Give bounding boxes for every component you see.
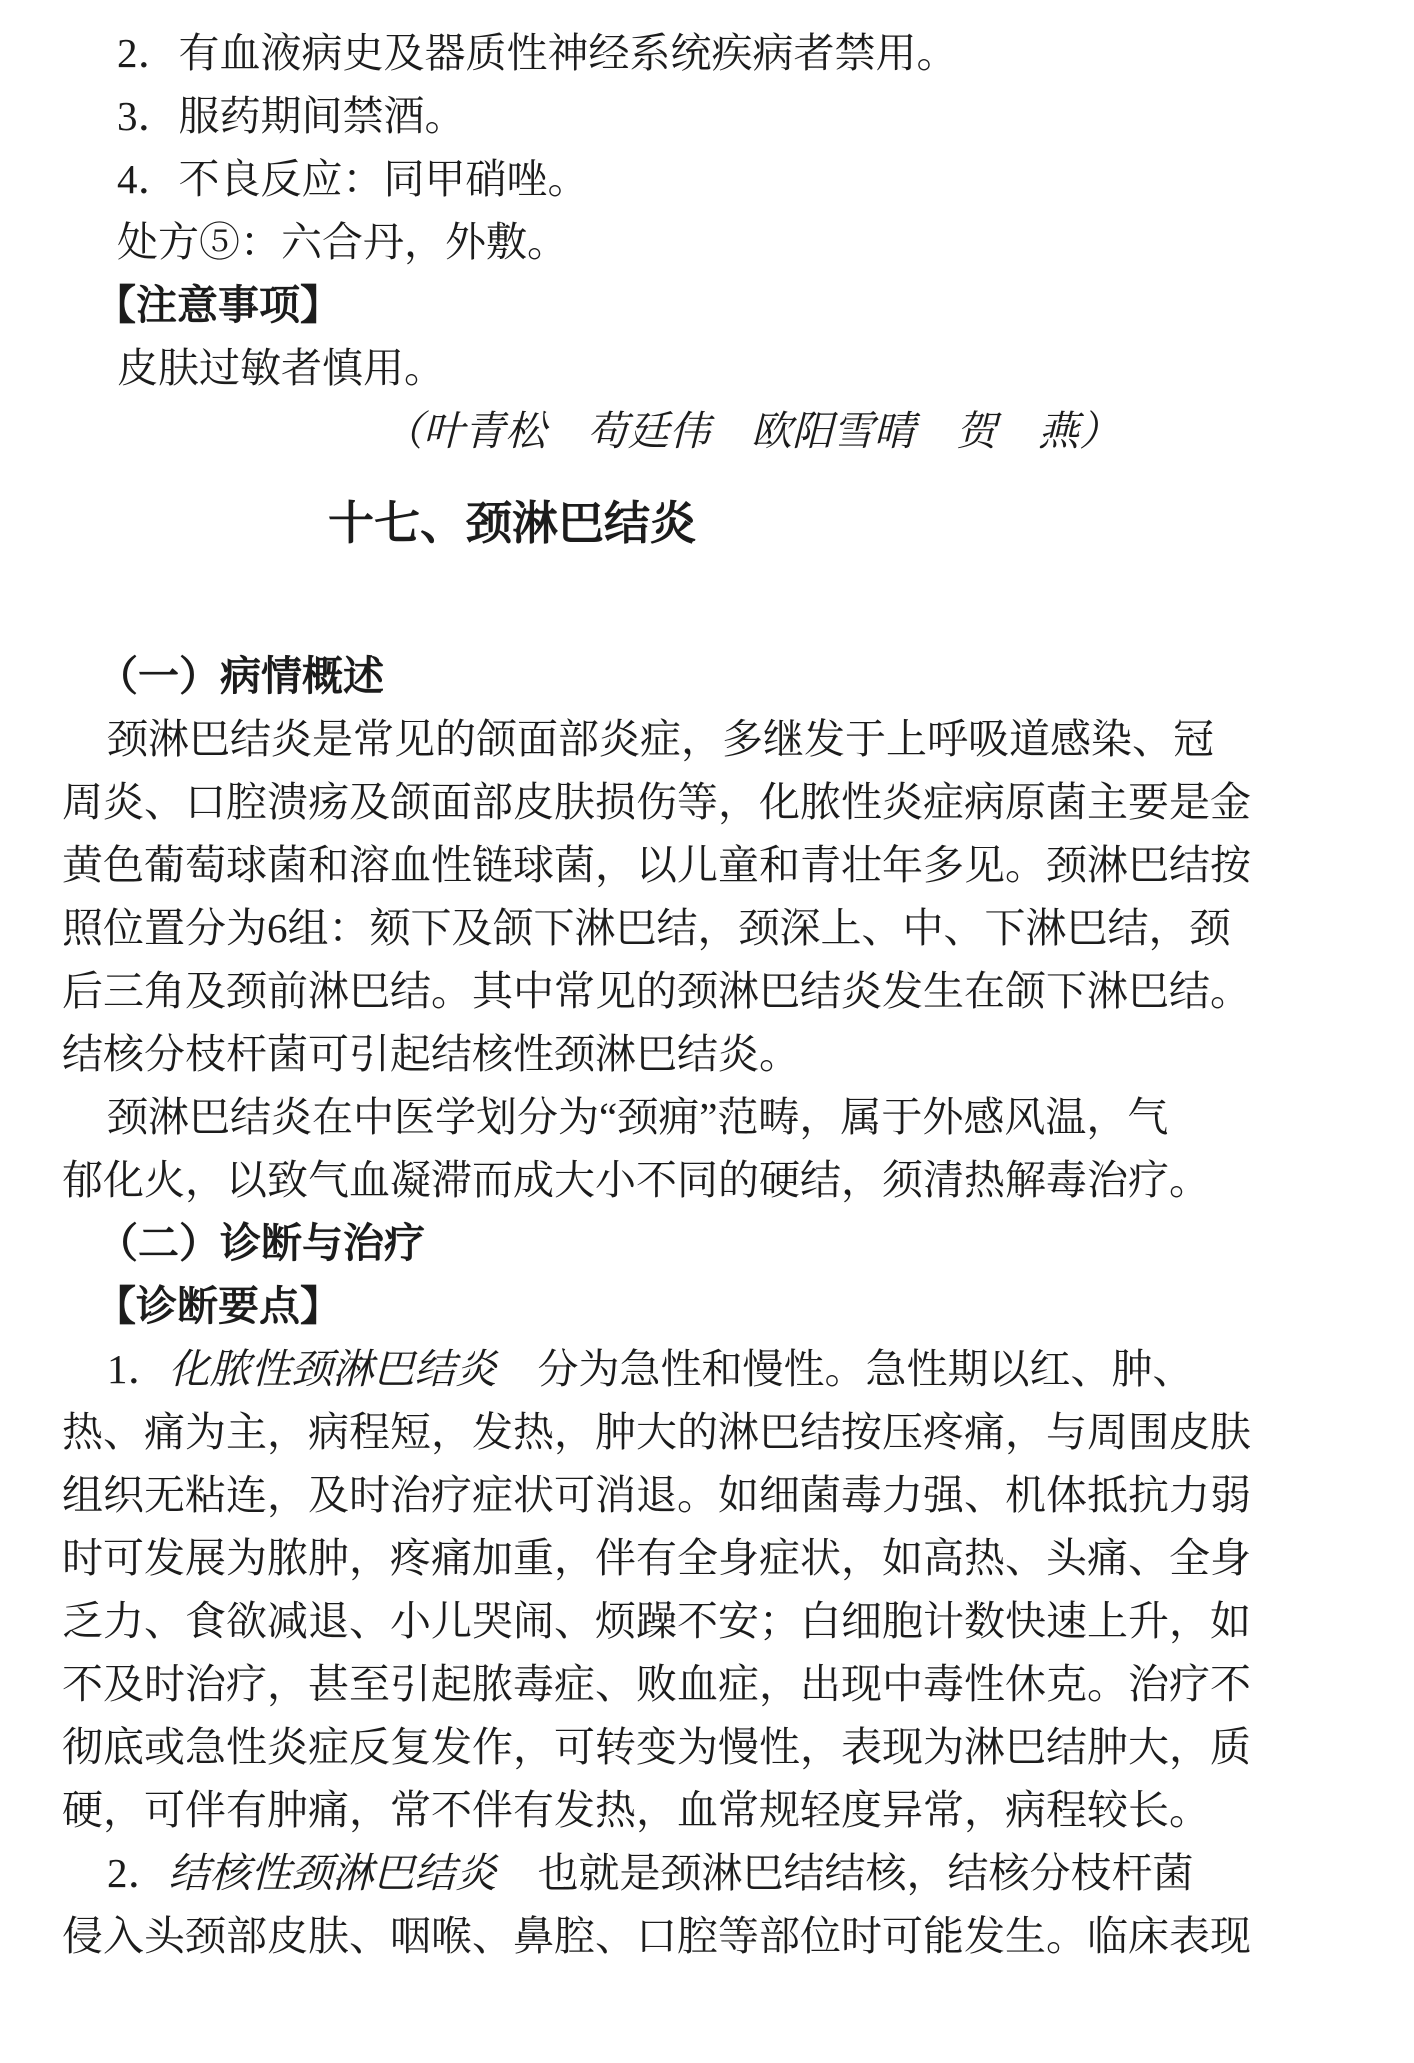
text-segment: 2．有血液病史及器质性神经系统疾病者禁用。 (117, 30, 958, 76)
paragraph-line: 结核分枝杆菌可引起结核性颈淋巴结炎。 (62, 1023, 1248, 1086)
text-segment: 【诊断要点】 (95, 1283, 341, 1329)
paragraph-line: 后三角及颈前淋巴结。其中常见的颈淋巴结炎发生在颌下淋巴结。 (62, 960, 1248, 1023)
text-segment: 乏力、食欲减退、小儿哭闹、烦躁不安；白细胞计数快速上升，如 (62, 1598, 1251, 1644)
list-item-line: 处方⑤：六合丹，外敷。 (62, 211, 1248, 274)
bracket-heading: 【注意事项】 (62, 274, 1248, 337)
text-segment: 硬，可伴有肿痛，常不伴有发热，血常规轻度异常，病程较长。 (62, 1787, 1210, 1833)
list-item-line: 皮肤过敏者慎用。 (62, 337, 1248, 400)
text-segment: 侵入头颈部皮肤、咽喉、鼻腔、口腔等部位时可能发生。临床表现 (62, 1913, 1251, 1959)
text-segment: 周炎、口腔溃疡及颌面部皮肤损伤等，化脓性炎症病原菌主要是金 (62, 779, 1251, 825)
text-segment: 照位置分为6组：颏下及颌下淋巴结，颈深上、中、下淋巴结，颈 (62, 905, 1231, 951)
text-segment: 十七、颈淋巴结炎 (328, 497, 696, 549)
authors-signature: （叶青松 苟廷伟 欧阳雪晴 贺 燕） (62, 400, 1248, 463)
bracket-heading: 【诊断要点】 (62, 1275, 1248, 1338)
text-segment: 时可发展为脓肿，疼痛加重，伴有全身症状，如高热、头痛、全身 (62, 1535, 1251, 1581)
text-segment: 2． (107, 1850, 169, 1896)
text-segment: 颈淋巴结炎在中医学划分为“颈痈”范畴，属于外感风温，气 (107, 1094, 1168, 1140)
list-item-line: 4．不良反应：同甲硝唑。 (62, 148, 1248, 211)
section-heading: （一）病情概述 (62, 645, 1248, 708)
text-segment: 郁化火，以致气血凝滞而成大小不同的硬结，须清热解毒治疗。 (62, 1157, 1210, 1203)
text-segment: 分为急性和慢性。急性期以红、肿、 (497, 1346, 1194, 1392)
paragraph-line: 2．结核性颈淋巴结炎 也就是颈淋巴结结核，结核分枝杆菌 (62, 1842, 1248, 1905)
paragraph-line: 颈淋巴结炎在中医学划分为“颈痈”范畴，属于外感风温，气 (62, 1086, 1248, 1149)
text-segment: 后三角及颈前淋巴结。其中常见的颈淋巴结炎发生在颌下淋巴结。 (62, 968, 1251, 1014)
list-item-line: 2．有血液病史及器质性神经系统疾病者禁用。 (62, 22, 1248, 85)
paragraph-line: 时可发展为脓肿，疼痛加重，伴有全身症状，如高热、头痛、全身 (62, 1527, 1248, 1590)
chapter-title: 十七、颈淋巴结炎 (62, 463, 962, 583)
paragraph-line: 周炎、口腔溃疡及颌面部皮肤损伤等，化脓性炎症病原菌主要是金 (62, 771, 1248, 834)
paragraph-line: 黄色葡萄球菌和溶血性链球菌，以儿童和青壮年多见。颈淋巴结按 (62, 834, 1248, 897)
text-segment: 结核分枝杆菌可引起结核性颈淋巴结炎。 (62, 1031, 800, 1077)
text-segment: 组织无粘连，及时治疗症状可消退。如细菌毒力强、机体抵抗力弱 (62, 1472, 1251, 1518)
text-segment: 4．不良反应：同甲硝唑。 (117, 156, 589, 202)
text-column: 2．有血液病史及器质性神经系统疾病者禁用。3．服药期间禁酒。4．不良反应：同甲硝… (0, 0, 1414, 2063)
paragraph-line: 乏力、食欲减退、小儿哭闹、烦躁不安；白细胞计数快速上升，如 (62, 1590, 1248, 1653)
text-segment: 热、痛为主，病程短，发热，肿大的淋巴结按压疼痛，与周围皮肤 (62, 1409, 1251, 1455)
text-segment: （二）诊断与治疗 (97, 1220, 425, 1266)
paragraph-line: 组织无粘连，及时治疗症状可消退。如细菌毒力强、机体抵抗力弱 (62, 1464, 1248, 1527)
section-heading: （二）诊断与治疗 (62, 1212, 1248, 1275)
text-segment: 皮肤过敏者慎用。 (117, 345, 445, 391)
text-segment: （叶青松 苟廷伟 欧阳雪晴 贺 燕） (382, 408, 1120, 454)
text-segment: 【注意事项】 (95, 282, 341, 328)
paragraph-line: 热、痛为主，病程短，发热，肿大的淋巴结按压疼痛，与周围皮肤 (62, 1401, 1248, 1464)
text-segment: 黄色葡萄球菌和溶血性链球菌，以儿童和青壮年多见。颈淋巴结按 (62, 842, 1251, 888)
paragraph-line: 颈淋巴结炎是常见的颌面部炎症，多继发于上呼吸道感染、冠 (62, 708, 1248, 771)
paragraph-line: 硬，可伴有肿痛，常不伴有发热，血常规轻度异常，病程较长。 (62, 1779, 1248, 1842)
paragraph-line: 侵入头颈部皮肤、咽喉、鼻腔、口腔等部位时可能发生。临床表现 (62, 1905, 1248, 1968)
text-segment: 处方⑤：六合丹，外敷。 (117, 219, 568, 265)
paragraph-line: 彻底或急性炎症反复发作，可转变为慢性，表现为淋巴结肿大，质 (62, 1716, 1248, 1779)
paragraph-line: 照位置分为6组：颏下及颌下淋巴结，颈深上、中、下淋巴结，颈 (62, 897, 1248, 960)
text-segment: 3．服药期间禁酒。 (117, 93, 466, 139)
paragraph-line: 1．化脓性颈淋巴结炎 分为急性和慢性。急性期以红、肿、 (62, 1338, 1248, 1401)
emphasized-term: 化脓性颈淋巴结炎 (169, 1346, 497, 1392)
text-segment: 1． (107, 1346, 169, 1392)
paragraph-line: 郁化火，以致气血凝滞而成大小不同的硬结，须清热解毒治疗。 (62, 1149, 1248, 1212)
text-segment: 也就是颈淋巴结结核，结核分枝杆菌 (497, 1850, 1194, 1896)
emphasized-term: 结核性颈淋巴结炎 (169, 1850, 497, 1896)
book-page: 2．有血液病史及器质性神经系统疾病者禁用。3．服药期间禁酒。4．不良反应：同甲硝… (0, 0, 1414, 2063)
paragraph-line: 不及时治疗，甚至引起脓毒症、败血症，出现中毒性休克。治疗不 (62, 1653, 1248, 1716)
text-segment: （一）病情概述 (97, 653, 384, 699)
text-segment: 不及时治疗，甚至引起脓毒症、败血症，出现中毒性休克。治疗不 (62, 1661, 1251, 1707)
text-segment: 颈淋巴结炎是常见的颌面部炎症，多继发于上呼吸道感染、冠 (107, 716, 1214, 762)
list-item-line: 3．服药期间禁酒。 (62, 85, 1248, 148)
text-segment: 彻底或急性炎症反复发作，可转变为慢性，表现为淋巴结肿大，质 (62, 1724, 1251, 1770)
